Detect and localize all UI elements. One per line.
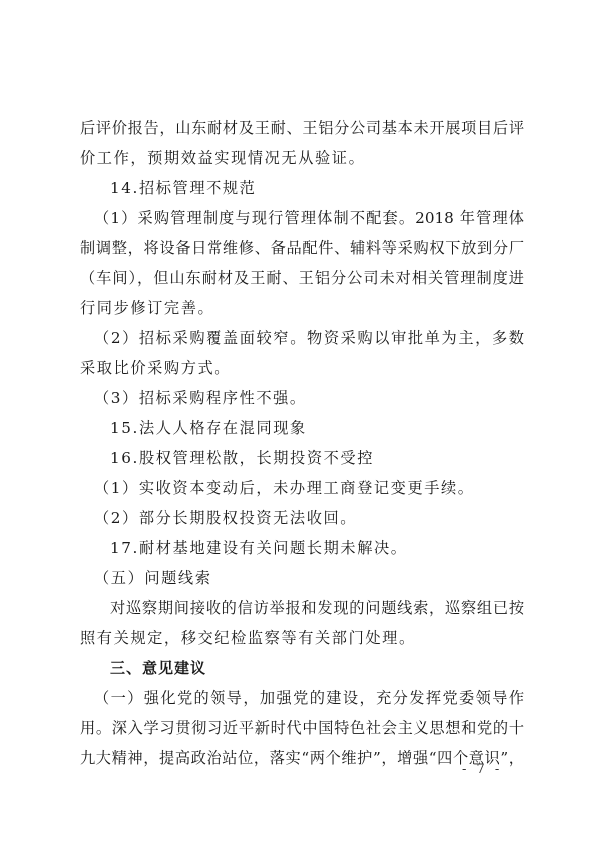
recommendation-1-line-3: 九大精神，提高政治站位，落实“两个维护”，增强“四个意识”， xyxy=(80,743,524,773)
subitem-14-2-line-2: 采取比价采购方式。 xyxy=(80,353,524,383)
subitem-16-2: （2）部分长期股权投资无法收回。 xyxy=(80,503,524,533)
item-heading-17: 17.耐材基地建设有关问题长期未解决。 xyxy=(80,533,524,563)
item-heading-16: 16.股权管理松散，长期投资不受控 xyxy=(80,443,524,473)
subitem-14-1-line-2: 制调整，将设备日常维修、备品配件、辅料等采购权下放到分厂 xyxy=(80,233,524,263)
subitem-14-1-line-1: （1）采购管理制度与现行管理体制不配套。2018 年管理体 xyxy=(80,203,524,233)
paragraph-line-1: 后评价报告，山东耐材及王耐、王铝分公司基本未开展项目后评 xyxy=(80,113,524,143)
chapter-heading-3: 三、意见建议 xyxy=(80,653,524,683)
item-heading-15: 15.法人人格存在混同现象 xyxy=(80,413,524,443)
clues-paragraph-line-1: 对巡察期间接收的信访举报和发现的问题线索，巡察组已按 xyxy=(80,593,524,623)
item-heading-14: 14.招标管理不规范 xyxy=(80,173,524,203)
recommendation-1-line-2: 用。深入学习贯彻习近平新时代中国特色社会主义思想和党的十 xyxy=(80,713,524,743)
subitem-14-1-line-3: （车间），但山东耐材及王耐、王铝分公司未对相关管理制度进 xyxy=(80,263,524,293)
page-number: - 7 - xyxy=(462,762,502,777)
subitem-16-1: （1）实收资本变动后，未办理工商登记变更手续。 xyxy=(80,473,524,503)
subitem-14-1-line-4: 行同步修订完善。 xyxy=(80,293,524,323)
subitem-14-2-line-1: （2）招标采购覆盖面较窄。物资采购以审批单为主，多数 xyxy=(80,323,524,353)
clues-paragraph-line-2: 照有关规定，移交纪检监察等有关部门处理。 xyxy=(80,623,524,653)
recommendation-1-line-1: （一）强化党的领导，加强党的建设，充分发挥党委领导作 xyxy=(80,683,524,713)
document-body: 后评价报告，山东耐材及王耐、王铝分公司基本未开展项目后评 价工作，预期效益实现情… xyxy=(80,113,524,773)
paragraph-line-2: 价工作，预期效益实现情况无从验证。 xyxy=(80,143,524,173)
section-heading-5: （五）问题线索 xyxy=(80,563,524,593)
document-page: 后评价报告，山东耐材及王耐、王铝分公司基本未开展项目后评 价工作，预期效益实现情… xyxy=(0,0,595,842)
subitem-14-3: （3）招标采购程序性不强。 xyxy=(80,383,524,413)
